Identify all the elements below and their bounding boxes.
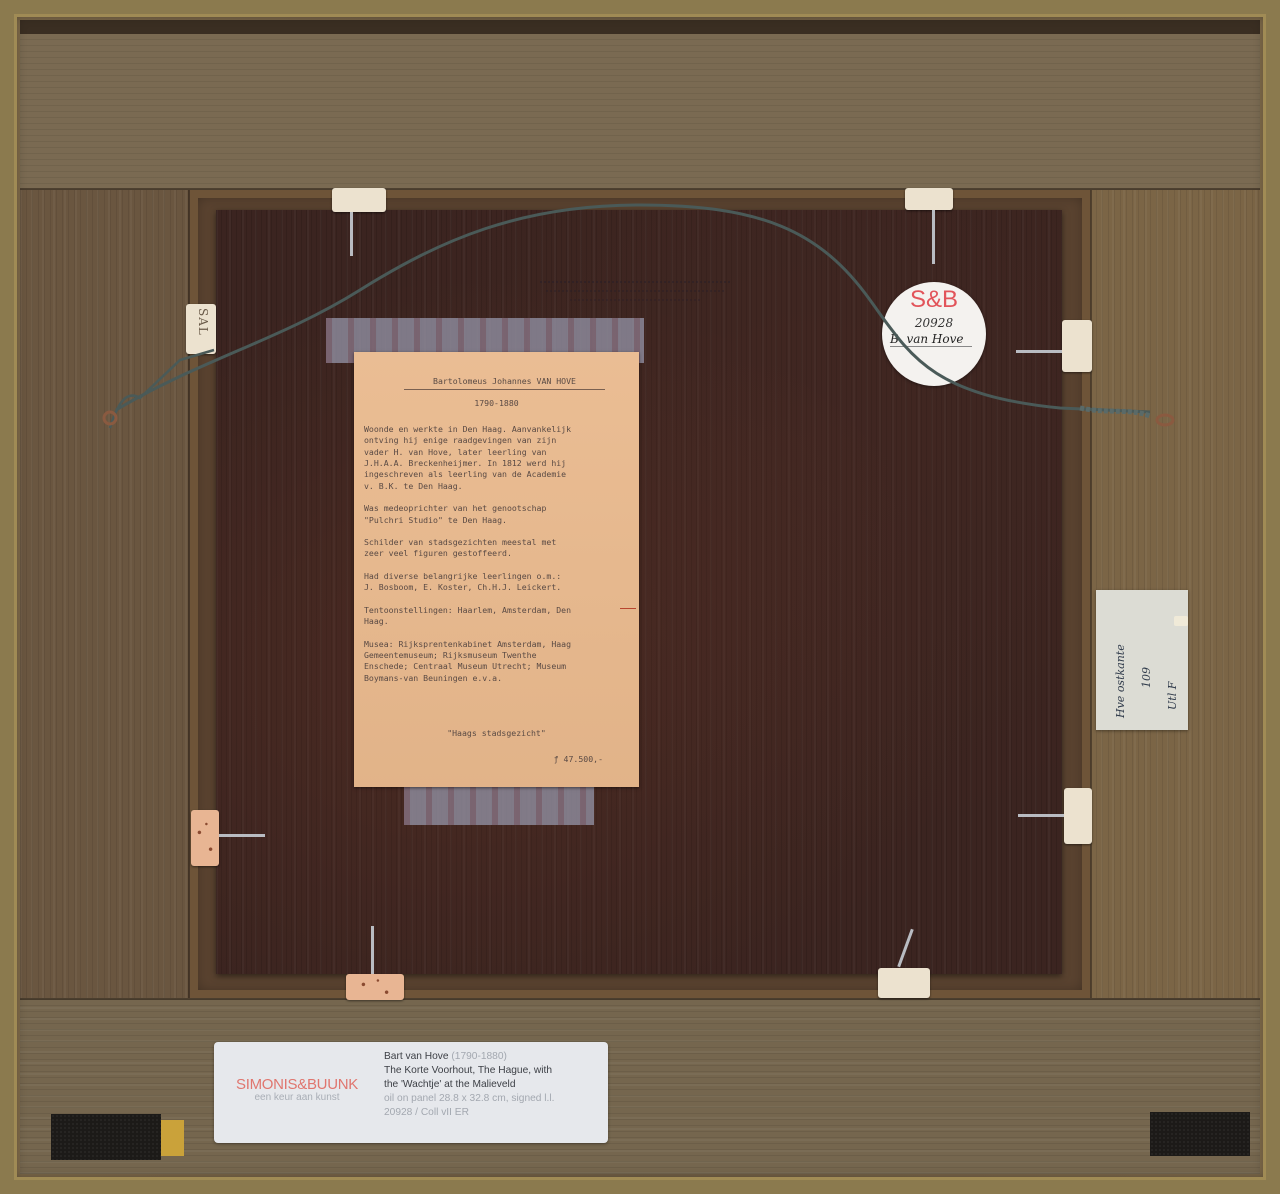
cork-spacer (346, 974, 404, 1000)
label-paragraph: Woonde en werkte in Den Haag. Aanvankeli… (364, 424, 629, 492)
cork-stamp-text: SAL (196, 308, 210, 336)
gallery-label: SIMONIS&BUUNK een keur aan kunst Bart va… (214, 1042, 608, 1143)
label-painting-title: "Haags stadsgezicht" (364, 728, 629, 739)
nail (932, 210, 935, 264)
nail (1018, 814, 1064, 817)
label-paragraph: Was medeoprichter van het genootschap "P… (364, 503, 629, 526)
cork-spacer (191, 810, 219, 866)
nail (350, 212, 353, 256)
frame-left-board (20, 190, 190, 998)
cork-spacer (332, 188, 386, 212)
label-paragraph: Schilder van stadsgezichten meestal met … (364, 537, 629, 560)
nail (371, 926, 374, 974)
label-paragraph: Had diverse belangrijke leerlingen o.m.:… (364, 571, 629, 594)
cork-spacer (1064, 788, 1092, 844)
artwork-medium: oil on panel 28.8 x 32.8 cm, signed l.l. (384, 1092, 604, 1106)
nail (1016, 350, 1062, 353)
frame-seam (20, 998, 1260, 1000)
frame-bottom-board (20, 998, 1260, 1174)
label-paragraph: Musea: Rijksprentenkabinet Amsterdam, Ha… (364, 639, 629, 685)
felt-pad-right (1150, 1112, 1250, 1156)
typed-biography-label: Bartolomeus Johannes VAN HOVE 1790-1880 … (354, 352, 639, 787)
artwork-artist-dates: (1790-1880) (451, 1051, 507, 1062)
cork-spacer (878, 968, 930, 998)
faded-dealer-stamp (540, 276, 730, 301)
gallery-brand-block: SIMONIS&BUUNK een keur aan kunst (214, 1042, 380, 1143)
cork-spacer (1062, 320, 1092, 372)
sticker-artist: B. van Hove (890, 332, 972, 347)
artwork-title-line: the 'Wachtje' at the Malieveld (384, 1078, 604, 1092)
handwritten-note: Hve ostkante 109 Utl F (1096, 590, 1188, 730)
cork-spacer (905, 188, 953, 210)
frame-top-board (20, 20, 1260, 190)
artwork-title-line: The Korte Voorhout, The Hague, with (384, 1064, 604, 1078)
sticker-number: 20928 (882, 316, 986, 330)
label-artist-name: Bartolomeus Johannes VAN HOVE (404, 376, 605, 390)
torn-corner (1174, 616, 1188, 626)
cork-spacer: SAL (186, 304, 216, 354)
label-artist-dates: 1790-1880 (364, 398, 629, 409)
note-line: Hve ostkante (1114, 644, 1127, 718)
label-paragraph: Tentoonstellingen: Haarlem, Amsterdam, D… (364, 605, 629, 628)
sticker-logo: S&B (882, 287, 986, 313)
artwork-artist: Bart van Hove (384, 1051, 449, 1062)
note-line: Utl F (1166, 682, 1179, 710)
red-pencil-mark (620, 608, 636, 609)
inventory-sticker: S&B 20928 B. van Hove (882, 282, 986, 386)
nail (219, 834, 265, 837)
label-price: ƒ 47.500,- (364, 754, 629, 765)
note-line: 109 (1140, 667, 1153, 688)
gallery-tagline: een keur aan kunst (214, 1092, 380, 1103)
painting-reverse-photo: Bartolomeus Johannes VAN HOVE 1790-1880 … (0, 0, 1280, 1194)
artwork-inventory: 20928 / Coll vII ER (384, 1106, 604, 1120)
gallery-brand: SIMONIS&BUUNK (214, 1076, 380, 1093)
felt-pad-left (51, 1114, 161, 1160)
artwork-details: Bart van Hove (1790-1880) The Korte Voor… (384, 1050, 604, 1120)
frame-seam (1090, 190, 1092, 998)
